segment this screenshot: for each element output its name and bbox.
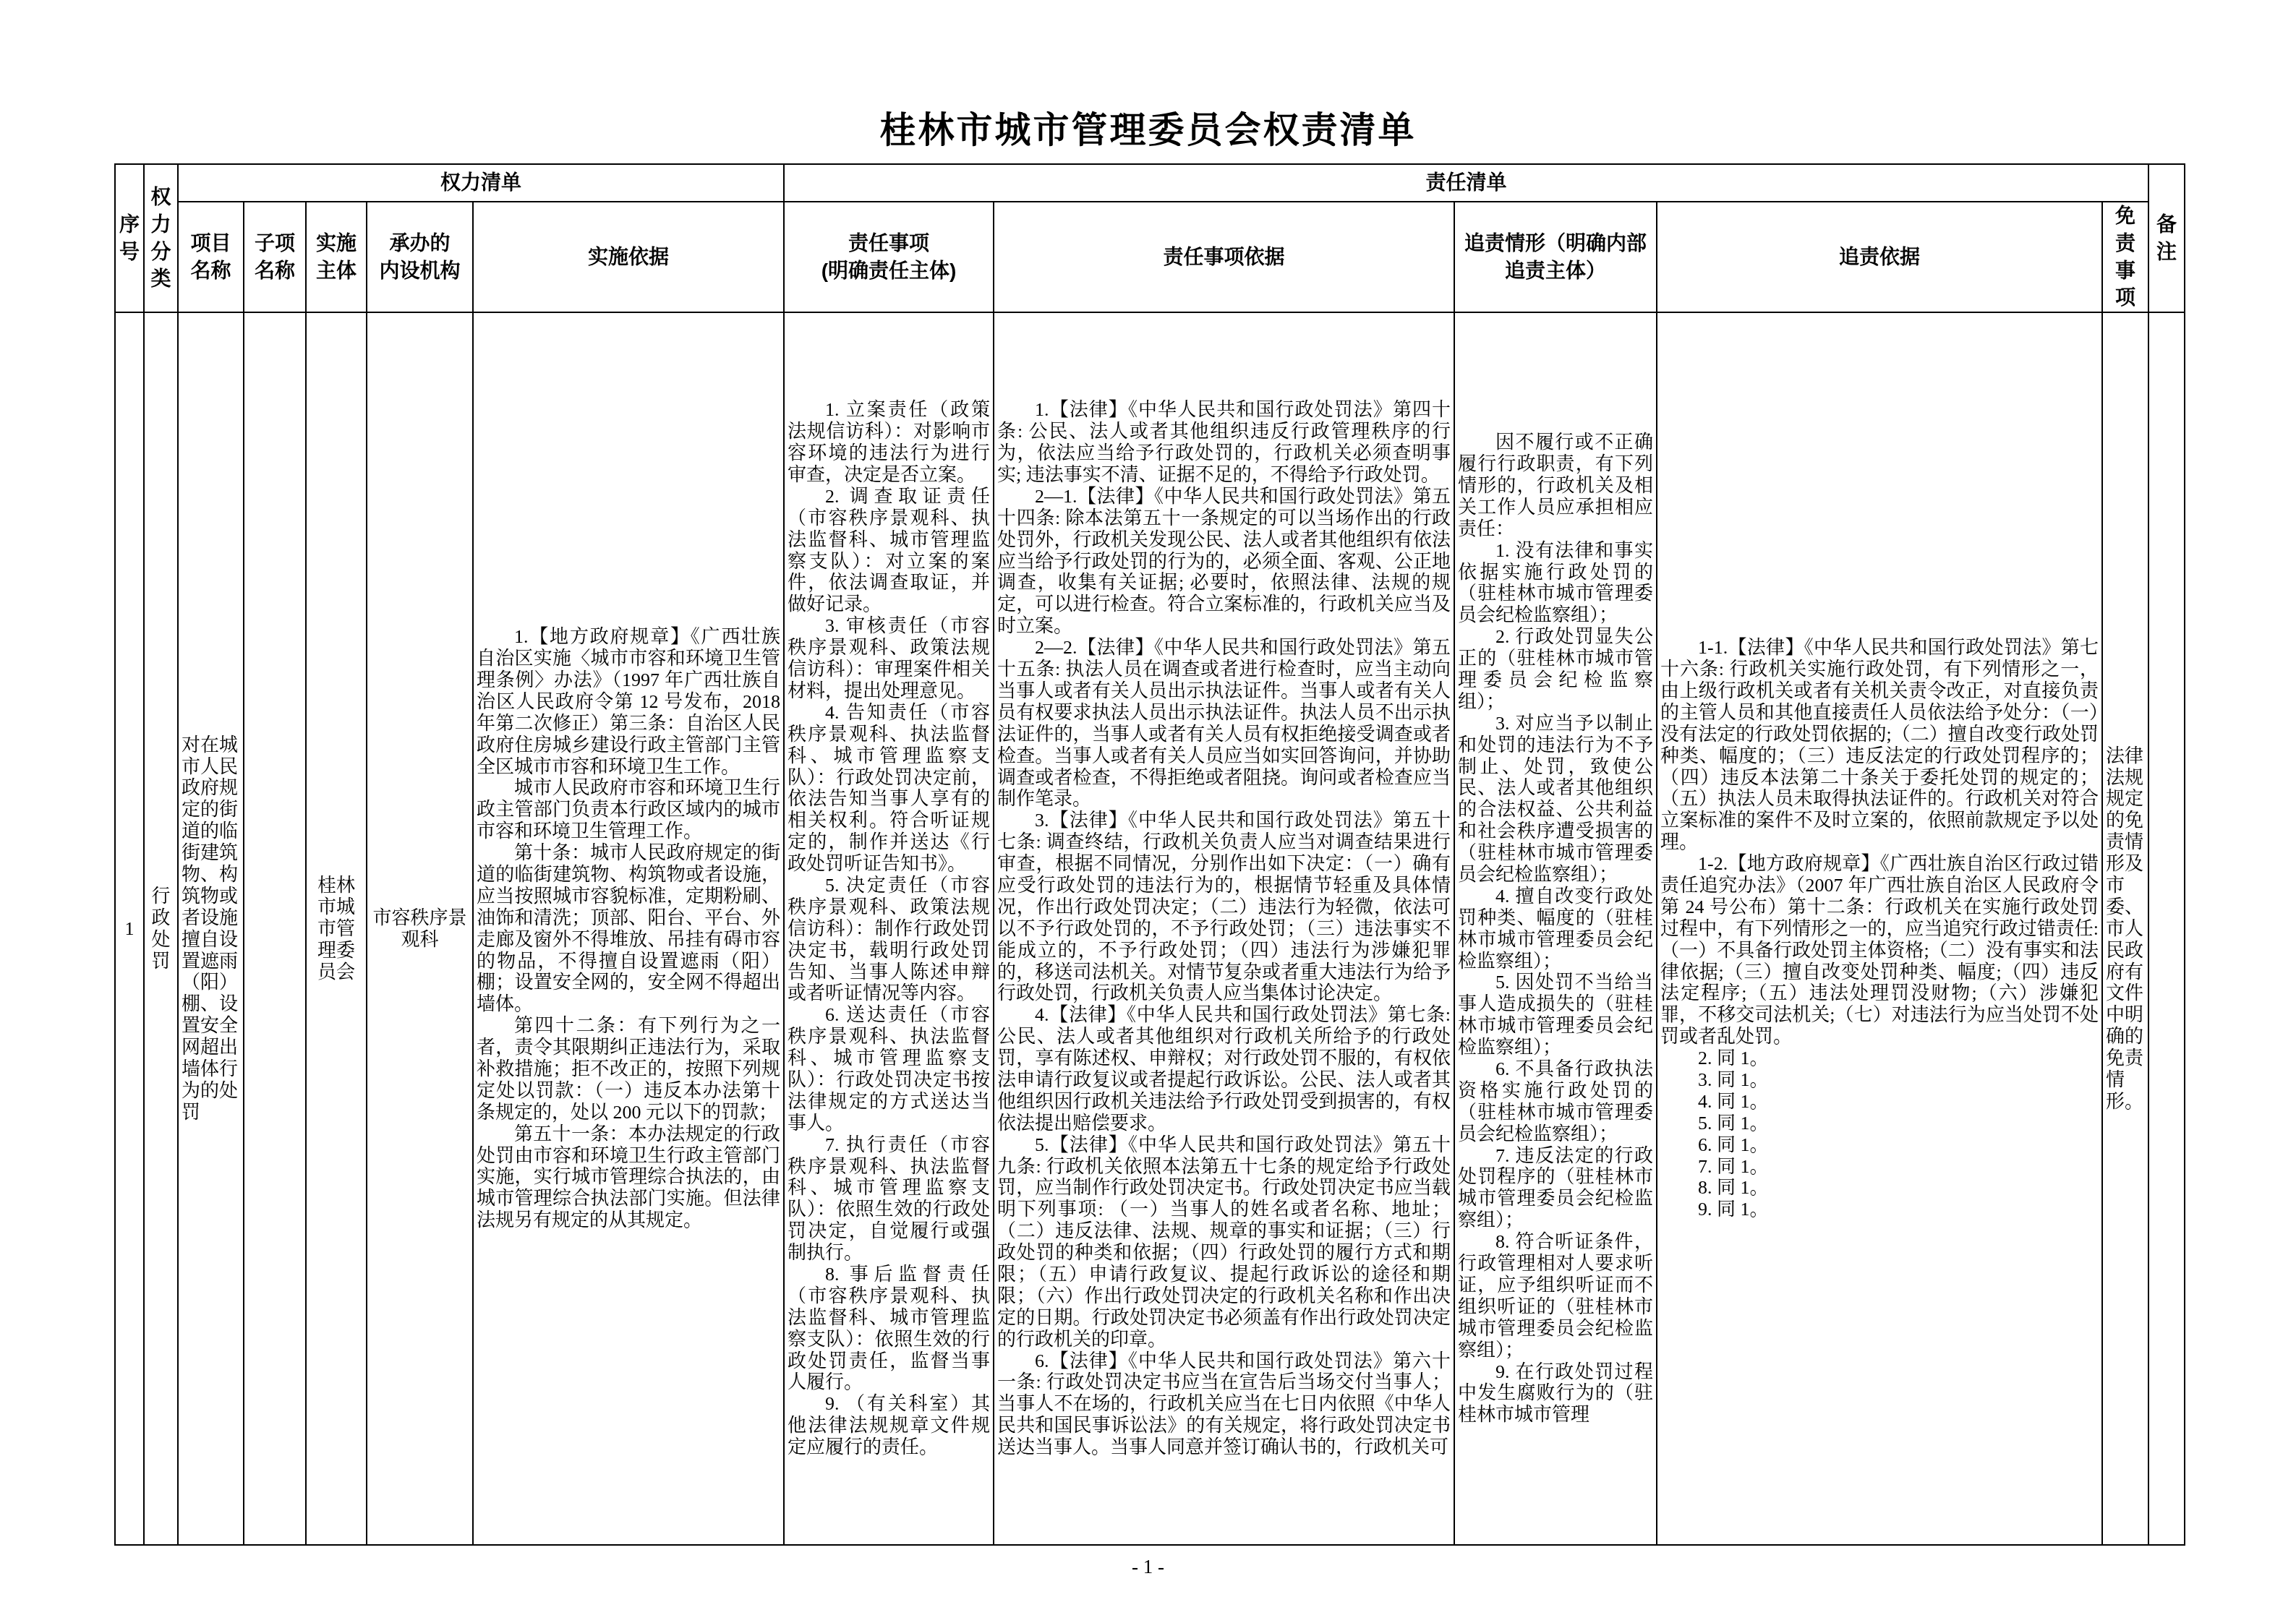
header-serial: 序号 — [115, 164, 144, 312]
cell-implement-basis: 1.【地方政府规章】《广西壮族自治区实施〈城市市容和环境卫生管理条例〉办法》（1… — [473, 312, 784, 1545]
header-implement-subject: 实施主体 — [306, 202, 367, 312]
header-implement-basis: 实施依据 — [473, 202, 784, 312]
header-project-name: 项目名称 — [178, 202, 244, 312]
page-title: 桂林市城市管理委员会权责清单 — [0, 110, 2296, 150]
page-number: - 1 - — [0, 1556, 2296, 1578]
cell-project-name: 对在城市人民政府规定的街道的临街建筑物、构筑物或者设施擅自设置遮雨（阳）棚、设置… — [178, 312, 244, 1545]
header-accountability-situations: 追责情形（明确内部追责主体） — [1454, 202, 1657, 312]
header-duty-items-basis: 责任事项依据 — [994, 202, 1454, 312]
cell-accountability-basis: 1-1.【法律】《中华人民共和国行政处罚法》第七十六条: 行政机关实施行政处罚，… — [1657, 312, 2102, 1545]
table-row: 1 行政处罚 对在城市人民政府规定的街道的临街建筑物、构筑物或者设施擅自设置遮雨… — [115, 312, 2185, 1545]
cell-sub-item-name — [244, 312, 306, 1545]
cell-remark — [2148, 312, 2185, 1545]
document-page: { "page": { "title": "桂林市城市管理委员会权责清单", "… — [0, 0, 2296, 1623]
cell-implement-subject: 桂林市城市管理委员会 — [306, 312, 367, 1545]
power-duty-table: 序号 权力分类 权力清单 责任清单 备注 项目名称 子项名称 实施主体 承办的 … — [114, 163, 2185, 1546]
cell-duty-items-basis: 1.【法律】《中华人民共和国行政处罚法》第四十条: 公民、法人或者其他组织违反行… — [994, 312, 1454, 1545]
cell-accountability-situations: 因不履行或不正确履行行政职责，有下列情形的，行政机关及相关工作人员应承担相应责任… — [1454, 312, 1657, 1545]
header-power-list-group: 权力清单 — [178, 164, 784, 202]
header-duty-items: 责任事项 (明确责任主体) — [784, 202, 994, 312]
header-internal-organ: 承办的 内设机构 — [367, 202, 473, 312]
header-exemption-items: 免责 事项 — [2102, 202, 2148, 312]
cell-power-category: 行政处罚 — [144, 312, 178, 1545]
header-duty-list-group: 责任清单 — [784, 164, 2148, 202]
cell-serial: 1 — [115, 312, 144, 1545]
cell-internal-organ: 市容秩序景观科 — [367, 312, 473, 1545]
header-sub-item-name: 子项名称 — [244, 202, 306, 312]
cell-exemption-items: 法律法规规定的免责情形及市委、市人民政府有文件中明确的免责情形。 — [2102, 312, 2148, 1545]
header-remark: 备注 — [2148, 164, 2185, 312]
header-power-category: 权力分类 — [144, 164, 178, 312]
cell-duty-items: 1. 立案责任（政策法规信访科）：对影响市容环境的违法行为进行审查，决定是否立案… — [784, 312, 994, 1545]
header-accountability-basis: 追责依据 — [1657, 202, 2102, 312]
